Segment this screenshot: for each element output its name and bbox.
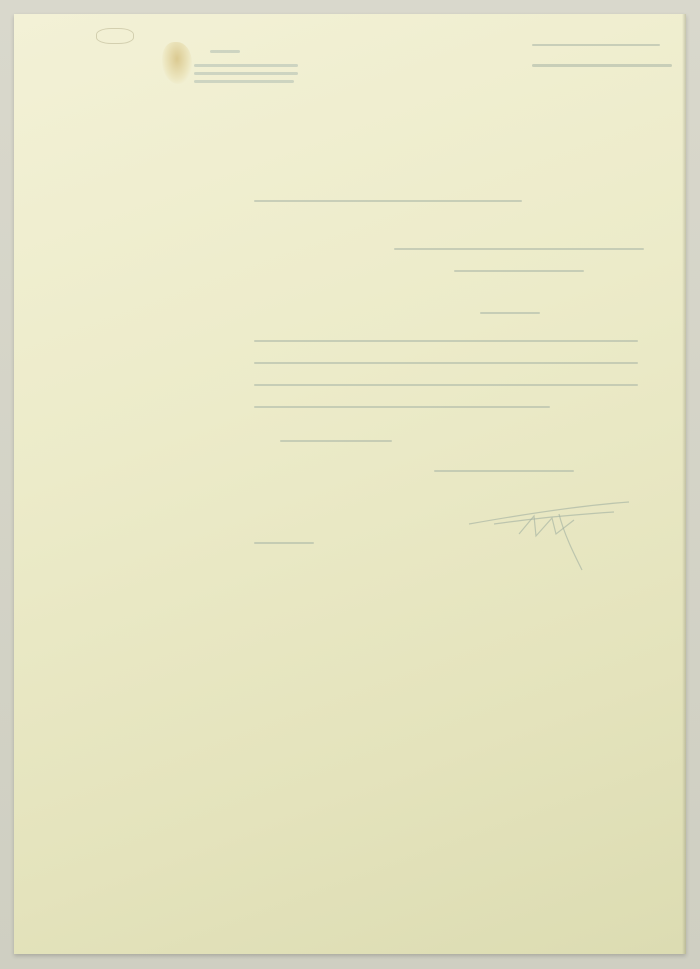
document-page: [14, 14, 686, 954]
signature-scrawl: [464, 494, 634, 574]
paper-stain: [162, 42, 192, 84]
paper-tab-mark: [96, 28, 134, 44]
